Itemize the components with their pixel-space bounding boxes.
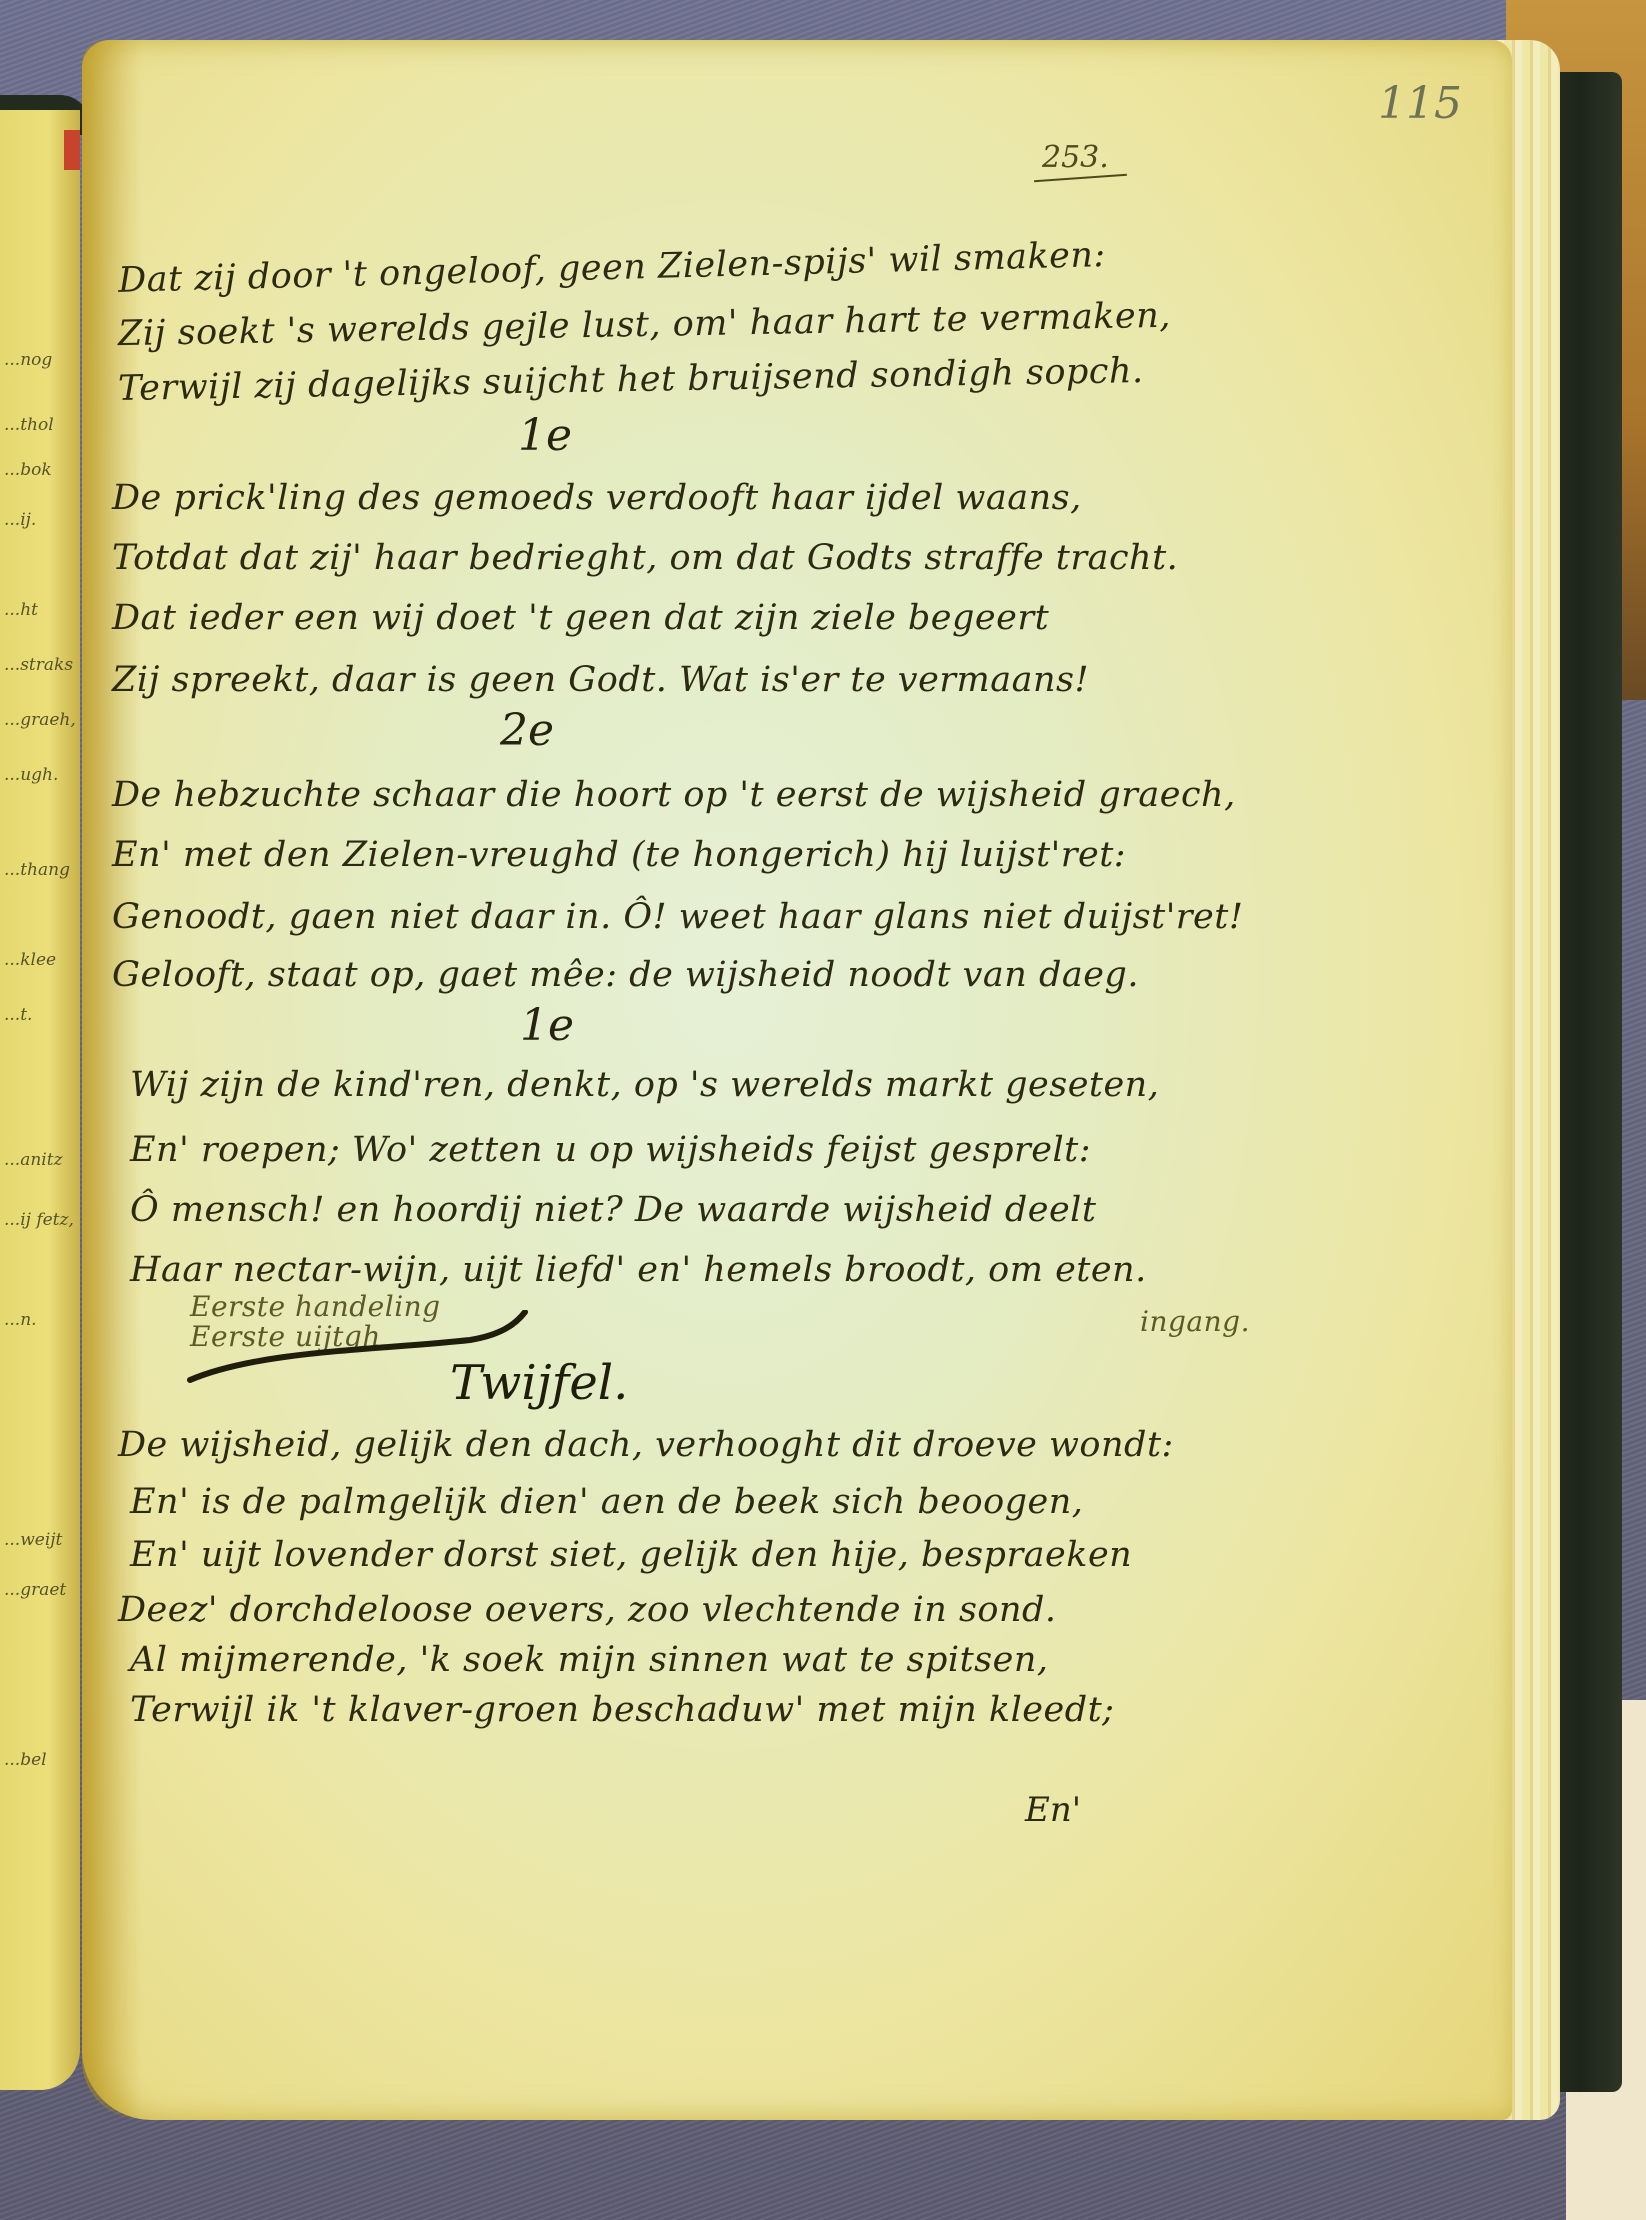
left-margin-text: ...thol [4, 415, 54, 435]
left-margin-text: ...graeh, [4, 710, 76, 730]
left-page: ...nog ...thol ...bok ...ij. ...ht ...st… [0, 110, 80, 2090]
left-margin-text: ...t. [4, 1005, 32, 1025]
text-line: En' uijt lovender dorst siet, gelijk den… [130, 1535, 1132, 1575]
left-margin-text: ...anitz [4, 1150, 63, 1170]
bookmark-ribbon [64, 130, 80, 170]
text-line: Terwijl ik 't klaver-groen beschaduw' me… [130, 1690, 1114, 1730]
text-line: De hebzuchte schaar die hoort op 't eers… [112, 775, 1236, 815]
left-margin-text: ...straks [4, 655, 73, 675]
text-line: En' is de palmgelijk dien' aen de beek s… [130, 1482, 1083, 1522]
section-marker: 2e [500, 705, 554, 756]
left-margin-text: ...ht [4, 600, 38, 620]
text-line: Al mijmerende, 'k soek mijn sinnen wat t… [130, 1640, 1049, 1680]
section-marker: 1e [518, 410, 572, 461]
text-line: Dat ieder een wij doet 't geen dat zijn … [112, 598, 1049, 638]
text-line: Gelooft, staat op, gaet mêe: de wijsheid… [112, 955, 1139, 995]
section-marker: 1e [520, 1000, 574, 1051]
text-line: En' roepen; Wo' zetten u op wijsheids fe… [130, 1130, 1091, 1170]
left-margin-text: ...weijt [4, 1530, 62, 1550]
text-line: Genoodt, gaen niet daar in. Ô! weet haar… [112, 897, 1243, 937]
text-line: Zij spreekt, daar is geen Godt. Wat is'e… [112, 660, 1089, 700]
margin-note: ingang. [1140, 1305, 1250, 1338]
catchword: En' [1025, 1790, 1081, 1830]
text-line: Haar nectar-wijn, uijt liefd' en' hemels… [130, 1250, 1147, 1290]
left-margin-text: ...nog [4, 350, 52, 370]
page-number: 253. [1042, 140, 1109, 175]
left-margin-text: ...klee [4, 950, 56, 970]
left-margin-text: ...graet [4, 1580, 66, 1600]
text-line: De prick'ling des gemoeds verdooft haar … [112, 478, 1082, 518]
text-line: De wijsheid, gelijk den dach, verhooght … [118, 1425, 1174, 1465]
folio-number: 115 [1378, 78, 1462, 129]
text-line: Wij zijn de kind'ren, denkt, op 's werel… [130, 1065, 1159, 1105]
text-line: En' met den Zielen-vreughd (te hongerich… [112, 835, 1126, 875]
left-margin-text: ...n. [4, 1310, 37, 1330]
left-margin-text: ...ij. [4, 510, 36, 530]
text-line: Totdat dat zij' haar bedrieght, om dat G… [112, 538, 1178, 578]
left-margin-text: ...thang [4, 860, 70, 880]
left-margin-text: ...ugh. [4, 765, 58, 785]
section-heading: Twijfel. [450, 1355, 628, 1411]
left-margin-text: ...bok [4, 460, 52, 480]
left-margin-text: ...bel [4, 1750, 47, 1770]
text-line: Deez' dorchdeloose oevers, zoo vlechtend… [118, 1590, 1057, 1630]
left-margin-text: ...ij fetz, [4, 1210, 74, 1230]
text-line: Ô mensch! en hoordij niet? De waarde wij… [130, 1190, 1096, 1230]
